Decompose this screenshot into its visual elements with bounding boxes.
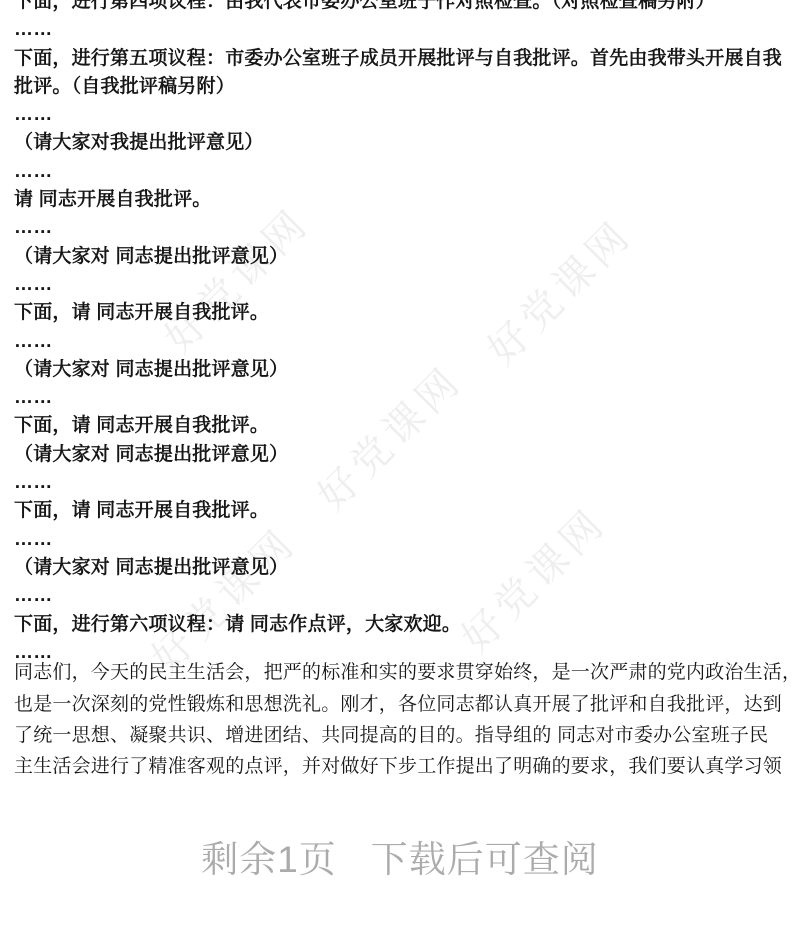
download-to-view-label: 下载后可查阅 [371,839,599,880]
ellipsis-line: …… [14,526,786,554]
ellipsis-line: …… [14,271,786,299]
agenda-line: 下面，请 同志开展自我批评。 [14,299,786,327]
agenda-line: （请大家对 同志提出批评意见） [14,243,786,271]
paragraph-line: 主生活会进行了精准客观的点评，并对做好下步工作提出了明确的要求，我们要认真学习领 [14,751,786,782]
paragraph-line: 同志们，今天的民主生活会，把严的标准和实的要求贯穿始终，是一次严肃的党内政治生活… [14,657,786,688]
agenda-line: （请大家对 同志提出批评意见） [14,441,786,469]
agenda-line: 请 同志开展自我批评。 [14,186,786,214]
paragraph-line: 了统一思想、凝聚共识、增进团结、共同提高的目的。指导组的 同志对市委办公室班子民 [14,720,786,751]
agenda-line: 下面，进行第五项议程：市委办公室班子成员开展批评与自我批评。首先由我带头开展自我 [14,45,786,73]
ellipsis-line: …… [14,214,786,242]
remaining-pages-label: 剩余1页 [201,839,337,880]
ellipsis-line: …… [14,582,786,610]
agenda-line: 下面，进行第六项议程：请 同志作点评，大家欢迎。 [14,611,786,639]
ellipsis-line: …… [14,384,786,412]
ellipsis-line: …… [14,328,786,356]
closing-paragraph: 同志们，今天的民主生活会，把严的标准和实的要求贯穿始终，是一次严肃的党内政治生活… [14,657,786,783]
ellipsis-line: …… [14,469,786,497]
paragraph-line: 也是一次深刻的党性锻炼和思想洗礼。刚才，各位同志都认真开展了批评和自我批评，达到 [14,689,786,720]
agenda-line: 下面，请 同志开展自我批评。 [14,412,786,440]
agenda-line: （请大家对我提出批评意见） [14,129,786,157]
agenda-line: 批评。（自我批评稿另附） [14,73,786,101]
ellipsis-line: …… [14,16,786,44]
document-preview-page: 好党课网好党课网好党课网好党课网好党课网 下面，进行第四项议程：由我代表市委办公… [0,0,800,930]
preview-footer: 剩余1页下载后可查阅 [0,829,800,883]
ellipsis-line: …… [14,101,786,129]
agenda-line: （请大家对 同志提出批评意见） [14,356,786,384]
agenda-line: 下面，进行第四项议程：由我代表市委办公室班子作对照检查。（对照检查稿另附） [14,0,786,16]
ellipsis-line: …… [14,158,786,186]
agenda-line: 下面，请 同志开展自我批评。 [14,497,786,525]
document-body: 下面，进行第四项议程：由我代表市委办公室班子作对照检查。（对照检查稿另附）……下… [14,0,786,783]
agenda-line: （请大家对 同志提出批评意见） [14,554,786,582]
